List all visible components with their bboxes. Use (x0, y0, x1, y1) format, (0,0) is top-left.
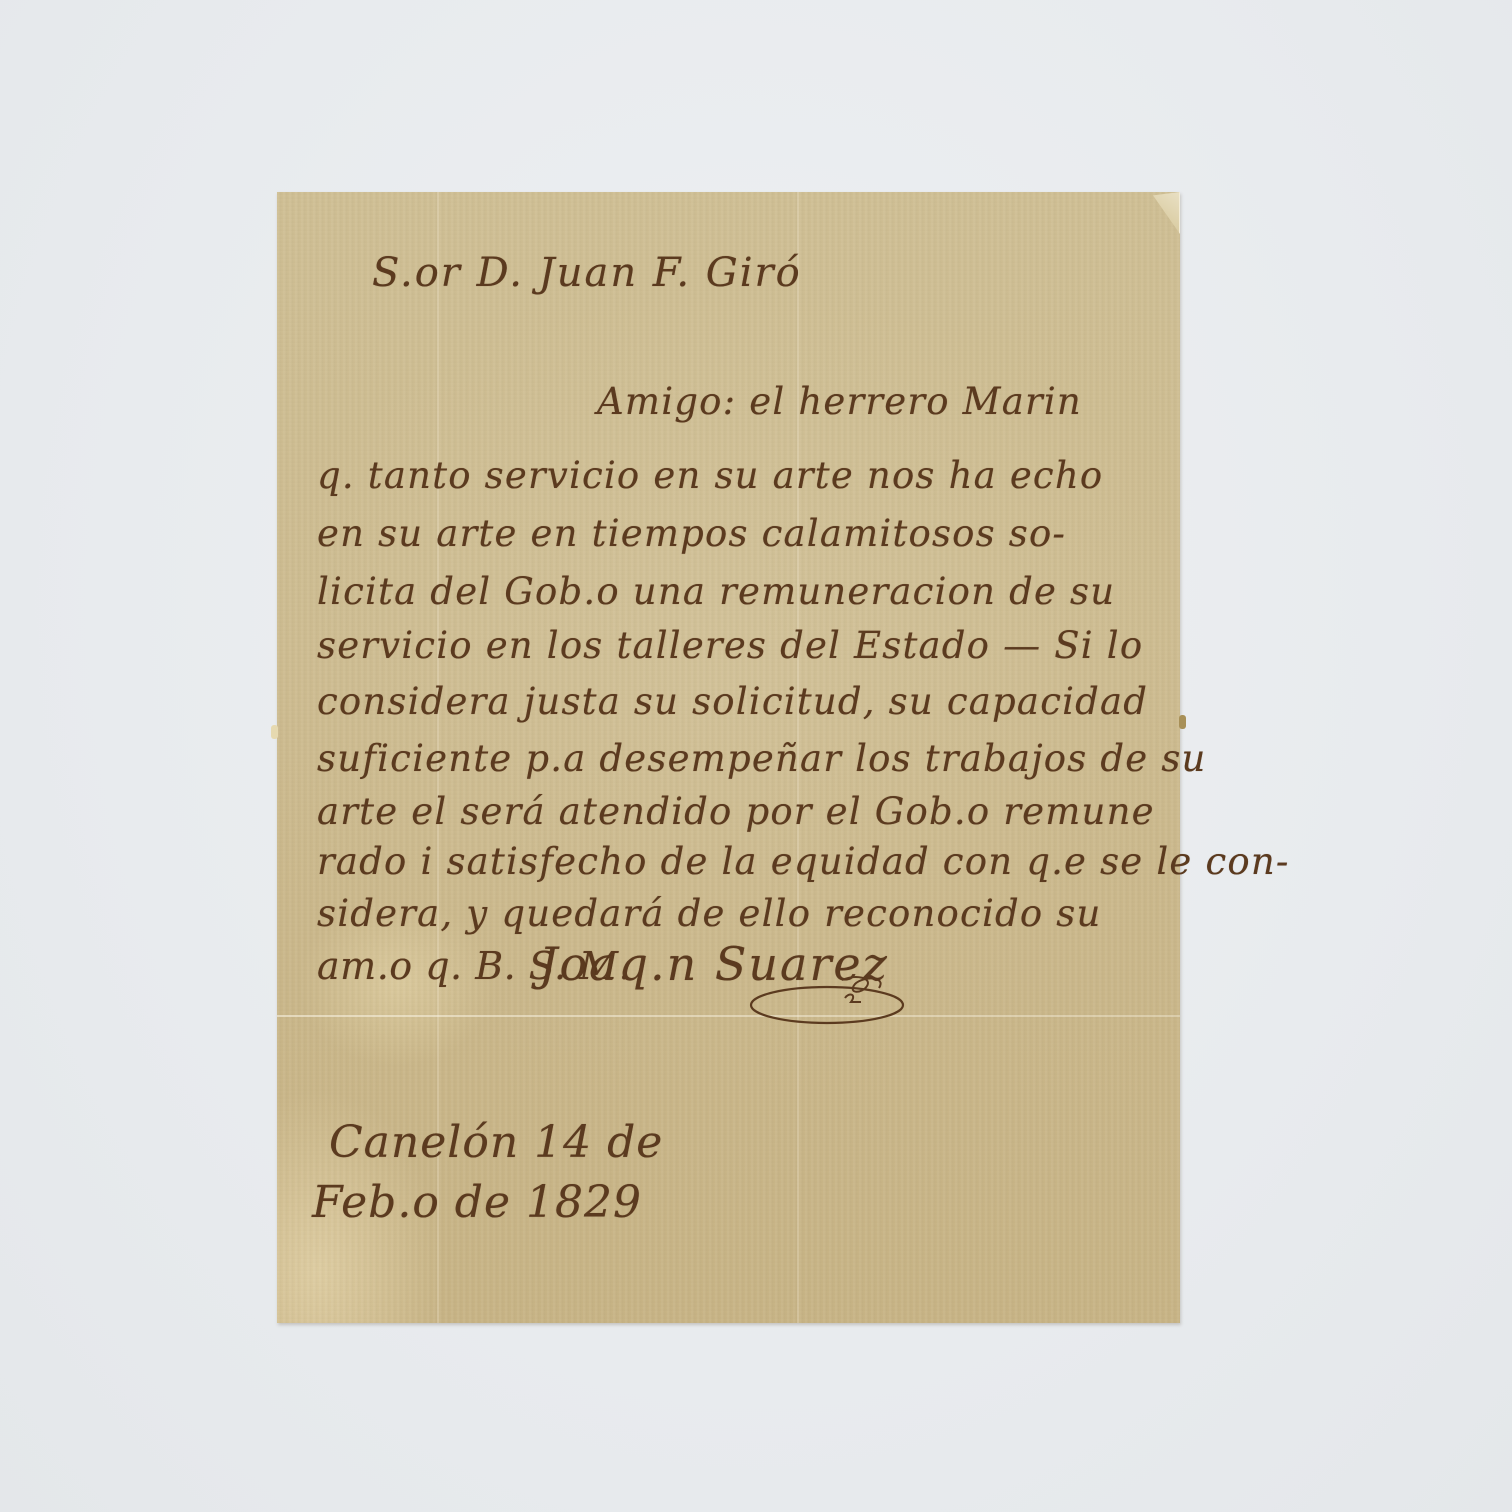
paper-tab-left (271, 725, 278, 739)
paper-tab-right (1179, 715, 1186, 729)
body-line: suficiente p.a desempeñar los trabajos d… (317, 737, 1207, 780)
horizontal-fold-line (277, 1015, 1180, 1017)
body-line: q. tanto servicio en su arte nos ha echo (317, 454, 1103, 497)
salutation: S.or D. Juan F. Giró (372, 250, 802, 296)
place-date-line1: Canelón 14 de (329, 1117, 663, 1168)
signature-rubric-icon (747, 972, 907, 1027)
body-line: en su arte en tiempos calamitosos so- (317, 512, 1066, 555)
body-line: licita del Gob.o una remuneracion de su (317, 570, 1115, 613)
body-line: considera justa su solicitud, su capacid… (317, 680, 1148, 723)
folded-corner (1153, 192, 1180, 234)
body-line: Amigo: el herrero Marin (597, 380, 1082, 423)
letter-paper: S.or D. Juan F. Giró Amigo: el herrero M… (277, 192, 1180, 1323)
body-line: arte el será atendido por el Gob.o remun… (317, 790, 1155, 833)
body-line: servicio en los talleres del Estado — Si… (317, 624, 1143, 667)
body-line: sidera, y quedará de ello reconocido su (317, 892, 1102, 935)
body-line: rado i satisfecho de la equidad con q.e … (317, 840, 1290, 883)
place-date-line2: Feb.o de 1829 (312, 1177, 642, 1228)
